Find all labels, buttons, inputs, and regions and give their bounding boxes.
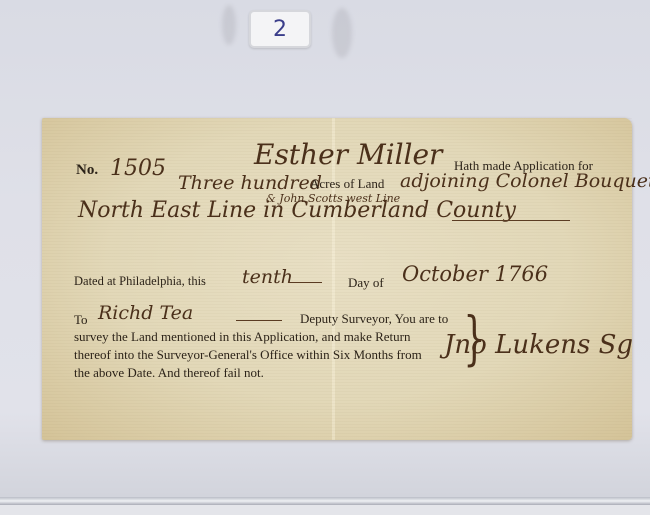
acres-text: Acres of Land xyxy=(310,176,384,192)
location-line-2: North East Line in Cumberland County xyxy=(78,198,516,223)
fill-line xyxy=(236,320,282,321)
lot-number-card: 2 xyxy=(249,10,311,48)
to-text: To xyxy=(74,312,88,328)
sleeve-edge xyxy=(0,497,650,505)
dated-text: Dated at Philadelphia, this xyxy=(74,274,206,289)
month-year: October 1766 xyxy=(402,262,548,286)
lot-number: 2 xyxy=(273,17,287,42)
applicant-name: Esther Miller xyxy=(254,138,442,171)
land-application-document: No. 1505 Esther Miller Hath made Applica… xyxy=(42,118,632,440)
instruction-line-3: thereof into the Surveyor-General's Offi… xyxy=(74,347,422,363)
day-value: tenth xyxy=(242,266,293,288)
sleeve-bottom xyxy=(0,505,650,515)
day-of-text: Day of xyxy=(348,275,384,291)
instruction-line-4: the above Date. And thereof fail not. xyxy=(74,365,264,381)
acreage: Three hundred xyxy=(178,172,322,194)
fill-line xyxy=(288,282,322,283)
instruction-line-2: survey the Land mentioned in this Applic… xyxy=(74,329,410,345)
number-value: 1505 xyxy=(110,156,166,181)
number-label: No. xyxy=(76,162,98,179)
scuff-mark xyxy=(222,5,236,45)
surveyor-name: Richd Tea xyxy=(98,302,193,324)
fill-line xyxy=(452,220,570,221)
scuff-mark xyxy=(332,8,352,58)
location-line-1: adjoining Colonel Bouquets xyxy=(400,170,650,192)
signature: Jno Lukens Sg xyxy=(444,330,633,360)
instruction-line-1: Deputy Surveyor, You are to xyxy=(300,311,448,327)
